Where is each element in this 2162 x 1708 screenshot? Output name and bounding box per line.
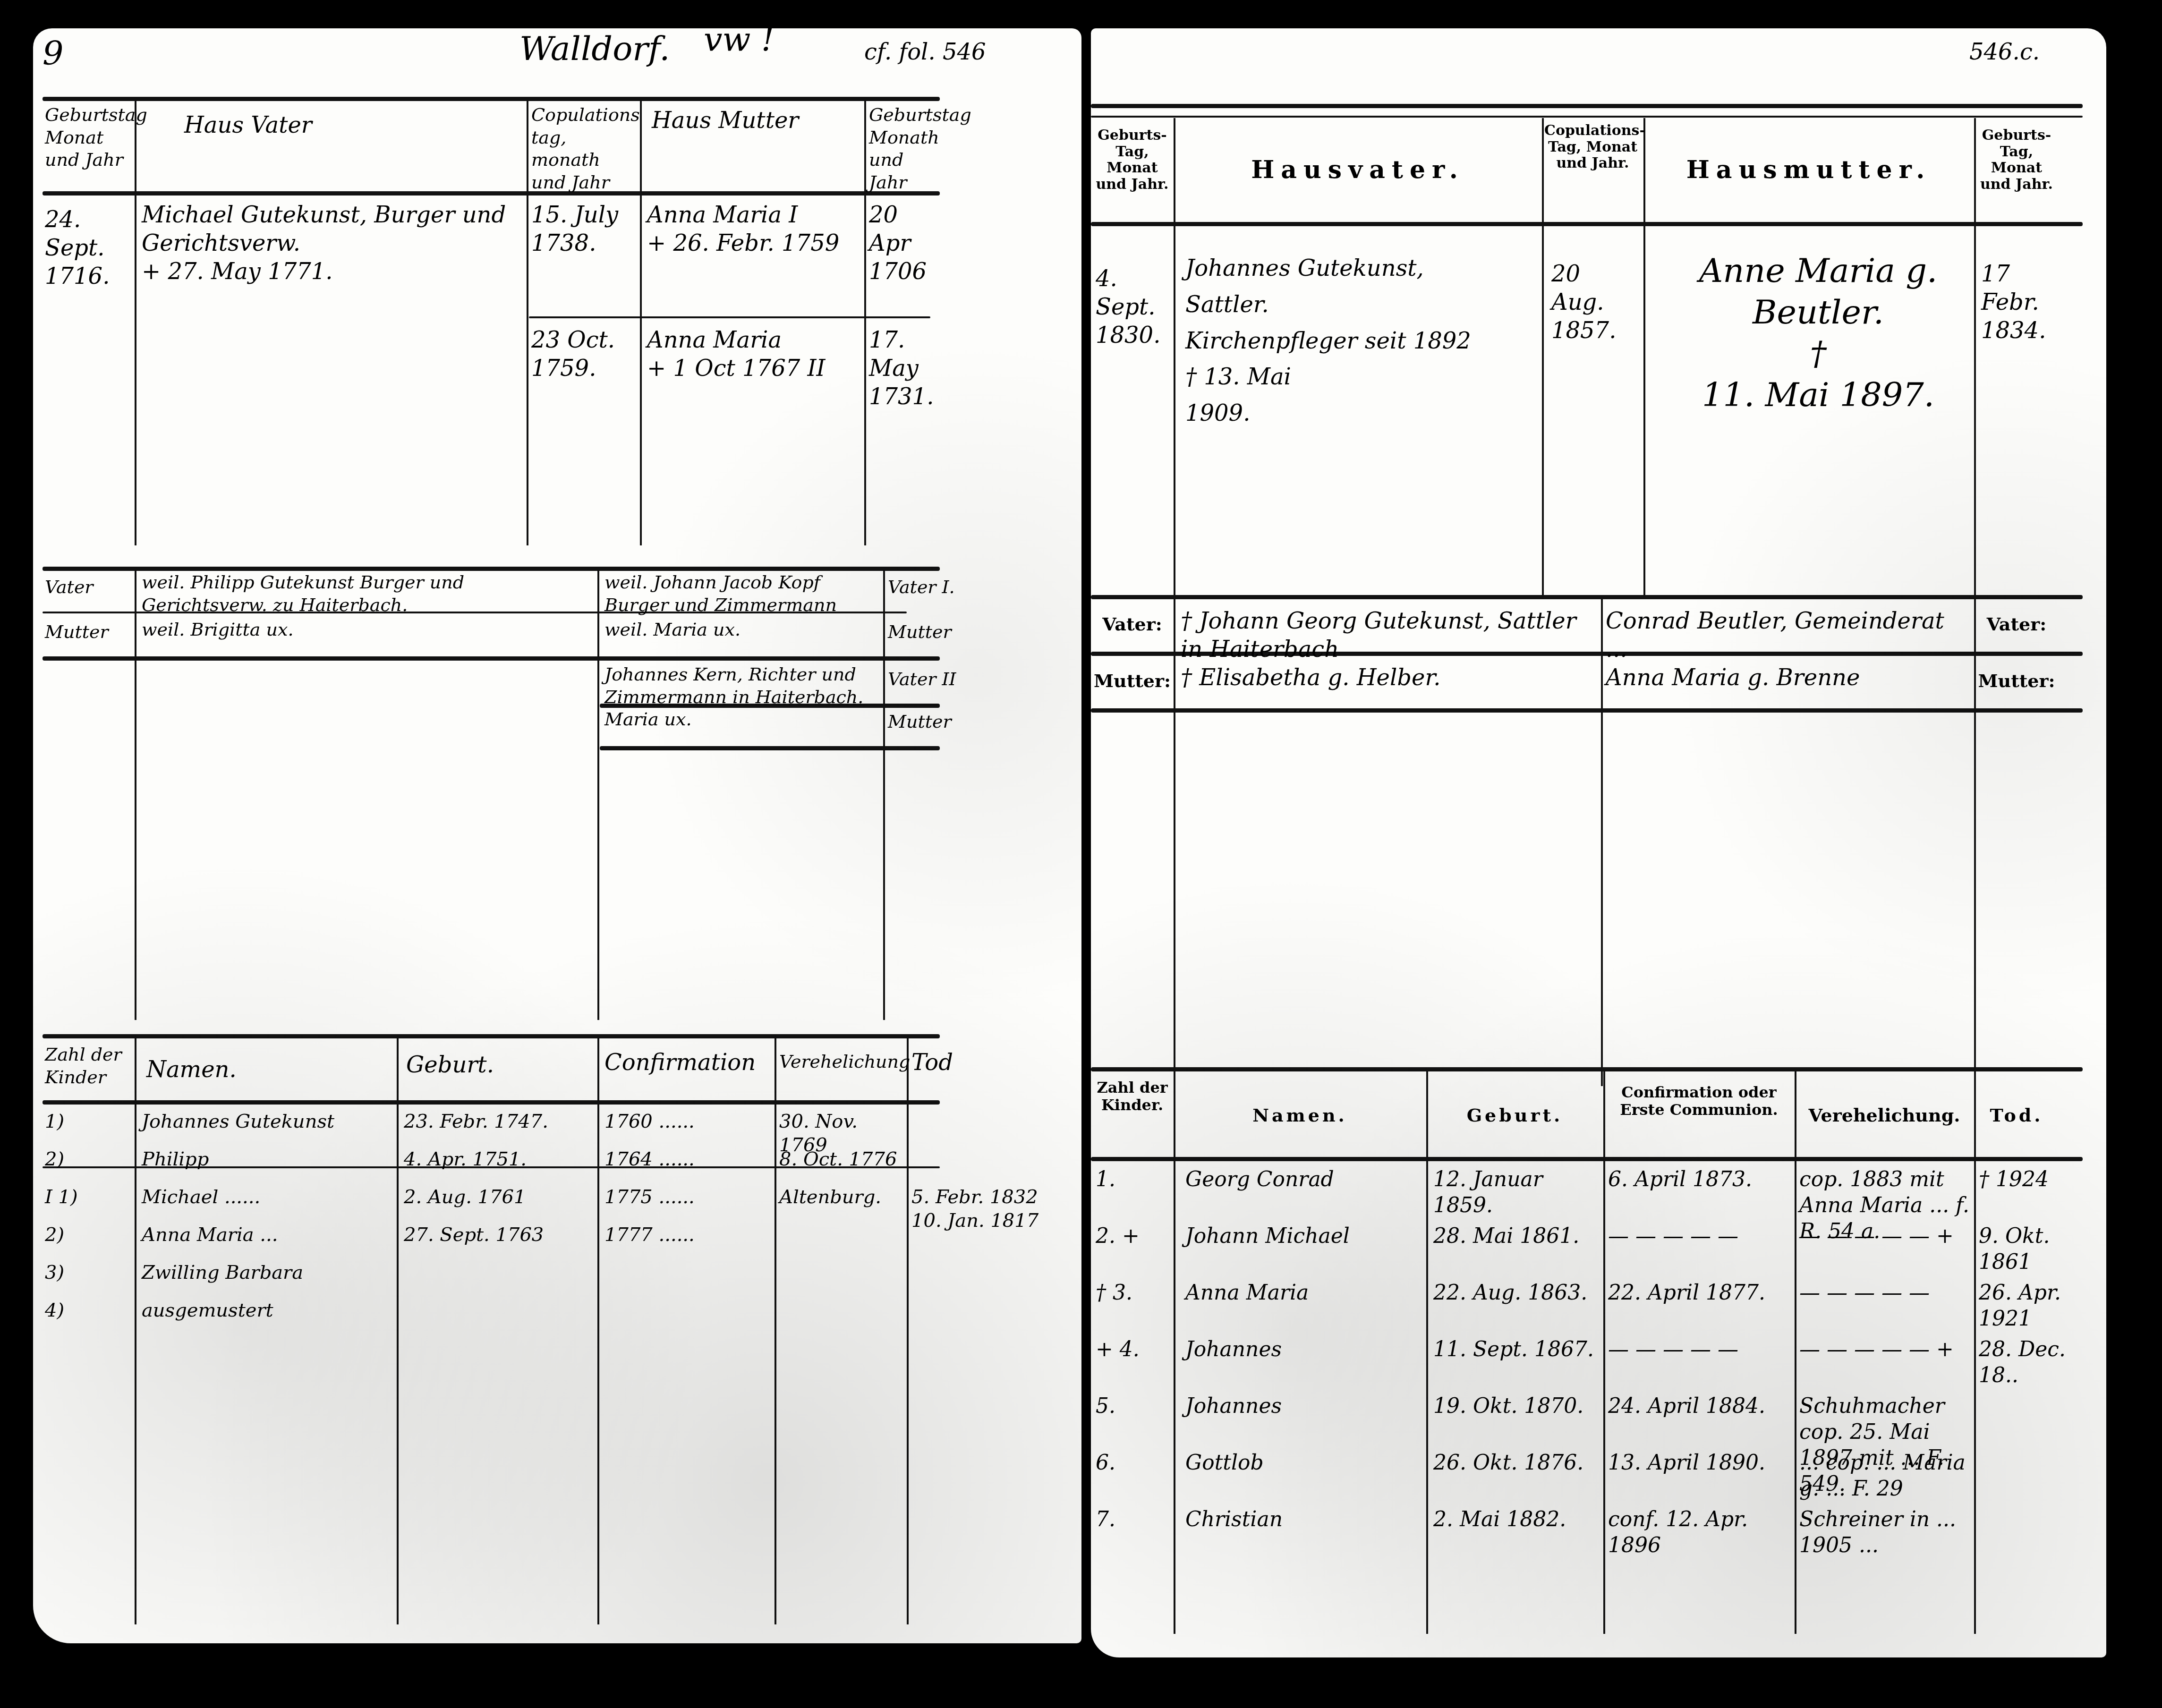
child-name: Johann Michael xyxy=(1185,1223,1421,1249)
child-num: 2. + xyxy=(1096,1223,1171,1249)
col-header-father: Haus Vater xyxy=(184,111,312,139)
child-num: 5. xyxy=(1096,1393,1171,1419)
wife-father: Conrad Beutler, Gemeinderat ... xyxy=(1606,607,1969,663)
child-num: I 1) xyxy=(45,1185,130,1209)
father-name: Johannes Gutekunst, Sattler. Kirchenpfle… xyxy=(1185,250,1535,432)
child-confirmation: — — — — — xyxy=(1608,1336,1792,1362)
wife1-father-label: Vater I. xyxy=(888,576,955,599)
children-header-birth: Geburt. xyxy=(406,1051,494,1079)
col-header-mother-birth: Geburts-Tag, Monat und Jahr. xyxy=(1976,127,2057,193)
wife1-mother: weil. Maria ux. xyxy=(604,619,878,641)
child-birth: 26. Okt. 1876. xyxy=(1433,1450,1601,1476)
child-marriage: Altenburg. xyxy=(779,1185,902,1209)
annotation: vw ! xyxy=(704,28,775,60)
wife-mother: Anna Maria g. Brenne xyxy=(1606,663,1969,692)
child-birth: 2. Aug. 1761 xyxy=(404,1185,593,1209)
child-name: Johannes xyxy=(1185,1393,1421,1419)
col-header-mother-birth: Geburtstag Monath und Jahr xyxy=(869,104,940,194)
child-confirmation: 24. April 1884. xyxy=(1608,1393,1792,1419)
husband-mother: † Elisabetha g. Helber. xyxy=(1181,663,1596,692)
child-marriage: — — — — — + xyxy=(1799,1223,1972,1249)
place-name: Walldorf. xyxy=(519,28,670,70)
child-confirmation: 1775 ...... xyxy=(604,1185,770,1209)
child-name: Zwilling Barbara xyxy=(142,1261,392,1284)
child-death: 5. Febr. 1832 10. Jan. 1817 xyxy=(911,1185,1072,1232)
mother-birth-2: 17. May 1731. xyxy=(869,326,940,411)
child-confirmation: 1760 ...... xyxy=(604,1110,770,1133)
children-header-death: Tod xyxy=(911,1048,953,1077)
father-birth-date: 24. Sept. 1716. xyxy=(45,205,130,290)
father-label: Vater: xyxy=(1093,614,1171,635)
child-num: 6. xyxy=(1096,1450,1171,1476)
child-num: † 3. xyxy=(1096,1280,1171,1306)
child-marriage: — — — — — + xyxy=(1799,1336,1972,1362)
children-header-marriage: Verehelichung xyxy=(779,1051,910,1073)
wife2-mother: Maria ux. xyxy=(604,708,878,731)
child-birth: 22. Aug. 1863. xyxy=(1433,1280,1601,1306)
husband-father: weil. Philipp Gutekunst Burger und Geric… xyxy=(142,571,590,616)
child-confirmation: 6. April 1873. xyxy=(1608,1166,1792,1192)
children-header-birth: Geburt. xyxy=(1429,1105,1601,1126)
mother-name: Anne Maria g. Beutler. † 11. Mai 1897. xyxy=(1672,250,1965,416)
wife1-father: weil. Johann Jacob Kopf Burger und Zimme… xyxy=(604,571,878,616)
children-header-num: Zahl der Kinder xyxy=(45,1044,130,1088)
child-confirmation: 1777 ...... xyxy=(604,1223,770,1247)
child-num: 2) xyxy=(45,1147,130,1171)
child-birth: 27. Sept. 1763 xyxy=(404,1223,593,1247)
father-name: Michael Gutekunst, Burger und Gerichtsve… xyxy=(142,201,519,286)
left-register-page: 9 Walldorf. vw ! cf. fol. 546 Geburtstag… xyxy=(33,28,1081,1643)
child-birth: 12. Januar 1859. xyxy=(1433,1166,1601,1218)
child-confirmation: 13. April 1890. xyxy=(1608,1450,1792,1476)
col-header-hausvater: Hausvater. xyxy=(1176,156,1540,184)
marriage-date-1: 15. July 1738. xyxy=(531,201,635,257)
child-num: + 4. xyxy=(1096,1336,1171,1362)
mother-name-1: Anna Maria I + 26. Febr. 1759 xyxy=(647,201,860,257)
mother-label: Mutter: xyxy=(1093,671,1171,691)
children-header-marriage: Verehelichung. xyxy=(1797,1105,1972,1126)
marriage-date-2: 23 Oct. 1759. xyxy=(531,326,635,382)
col-header-marriage: Copulations tag, monath und Jahr xyxy=(531,104,635,194)
husband-father: † Johann Georg Gutekunst, Sattler in Hai… xyxy=(1181,607,1596,663)
child-name: Anna Maria ... xyxy=(142,1223,392,1247)
folio-reference: cf. fol. 546 xyxy=(864,38,986,66)
wife1-mother-label: Mutter xyxy=(888,621,952,644)
page-number: 546.c. xyxy=(1969,38,2040,66)
col-header-hausmutter: Hausmutter. xyxy=(1646,156,1972,184)
child-num: 3) xyxy=(45,1261,130,1284)
child-confirmation: — — — — — xyxy=(1608,1223,1792,1249)
child-death: † 1924 xyxy=(1979,1166,2073,1192)
children-header-name: Namen. xyxy=(146,1055,237,1084)
page-marker: 9 xyxy=(43,33,64,75)
child-confirmation: 1764 ...... xyxy=(604,1147,770,1171)
marriage-date: 20 Aug. 1857. xyxy=(1551,260,1636,345)
child-name: ausgemustert xyxy=(142,1299,392,1322)
children-header-confirmation: Confirmation xyxy=(604,1048,756,1077)
children-header-death: Tod. xyxy=(1976,1105,2057,1126)
father-label-right: Vater: xyxy=(1976,614,2057,635)
child-birth: 2. Mai 1882. xyxy=(1433,1506,1601,1532)
child-marriage: ... cop. ... Maria g. ... F. 29 xyxy=(1799,1450,1972,1502)
child-birth: 28. Mai 1861. xyxy=(1433,1223,1601,1249)
wife2-mother-label: Mutter xyxy=(888,711,952,733)
child-num: 1) xyxy=(45,1110,130,1133)
child-num: 1. xyxy=(1096,1166,1171,1192)
child-marriage: 8. Oct. 1776 xyxy=(779,1147,902,1171)
husband-mother: weil. Brigitta ux. xyxy=(142,619,590,641)
child-name: Michael ...... xyxy=(142,1185,392,1209)
col-header-father-birth: Geburts-Tag, Monat und Jahr. xyxy=(1093,127,1171,193)
mother-birth-1: 20 Apr 1706 xyxy=(869,201,940,286)
child-name: Anna Maria xyxy=(1185,1280,1421,1306)
child-birth: 11. Sept. 1867. xyxy=(1433,1336,1601,1362)
child-birth: 23. Febr. 1747. xyxy=(404,1110,593,1133)
child-marriage: Schreiner in ... 1905 ... xyxy=(1799,1506,1972,1558)
child-name: Georg Conrad xyxy=(1185,1166,1421,1192)
mother-name-2: Anna Maria + 1 Oct 1767 II xyxy=(647,326,860,382)
father-birth-date: 4. Sept. 1830. xyxy=(1096,264,1171,349)
child-num: 2) xyxy=(45,1223,130,1247)
child-num: 7. xyxy=(1096,1506,1171,1532)
children-header-confirmation: Confirmation oder Erste Communion. xyxy=(1606,1084,1792,1119)
child-confirmation: conf. 12. Apr. 1896 xyxy=(1608,1506,1792,1558)
child-name: Philipp xyxy=(142,1147,392,1171)
child-name: Johannes Gutekunst xyxy=(142,1110,392,1133)
mother-label-right: Mutter: xyxy=(1976,671,2057,691)
child-birth: 4. Apr. 1751. xyxy=(404,1147,593,1171)
col-header-mother: Haus Mutter xyxy=(652,106,799,135)
child-name: Gottlob xyxy=(1185,1450,1421,1476)
child-death: 26. Apr. 1921 xyxy=(1979,1280,2073,1332)
children-header-num: Zahl der Kinder. xyxy=(1093,1079,1171,1114)
child-name: Christian xyxy=(1185,1506,1421,1532)
right-register-page: 546.c. Geburts-Tag, Monat und Jahr. Haus… xyxy=(1091,28,2106,1657)
father-label: Vater xyxy=(45,576,94,599)
child-death: 9. Okt. 1861 xyxy=(1979,1223,2073,1275)
col-header-copulation: Copulations-Tag, Monat und Jahr. xyxy=(1544,123,1641,172)
child-birth: 19. Okt. 1870. xyxy=(1433,1393,1601,1419)
children-header-name: Namen. xyxy=(1176,1105,1424,1126)
child-num: 4) xyxy=(45,1299,130,1322)
child-confirmation: 22. April 1877. xyxy=(1608,1280,1792,1306)
wife2-father-label: Vater II xyxy=(888,668,956,691)
mother-label: Mutter xyxy=(45,621,109,644)
child-name: Johannes xyxy=(1185,1336,1421,1362)
child-marriage: — — — — — xyxy=(1799,1280,1972,1306)
wife2-father: Johannes Kern, Richter und Zimmermann in… xyxy=(604,663,878,708)
child-death: 28. Dec. 18.. xyxy=(1979,1336,2073,1388)
col-header-father-birth: Geburtstag Monat und Jahr xyxy=(45,104,130,171)
mother-birth-date: 17 Febr. 1834. xyxy=(1981,260,2061,345)
